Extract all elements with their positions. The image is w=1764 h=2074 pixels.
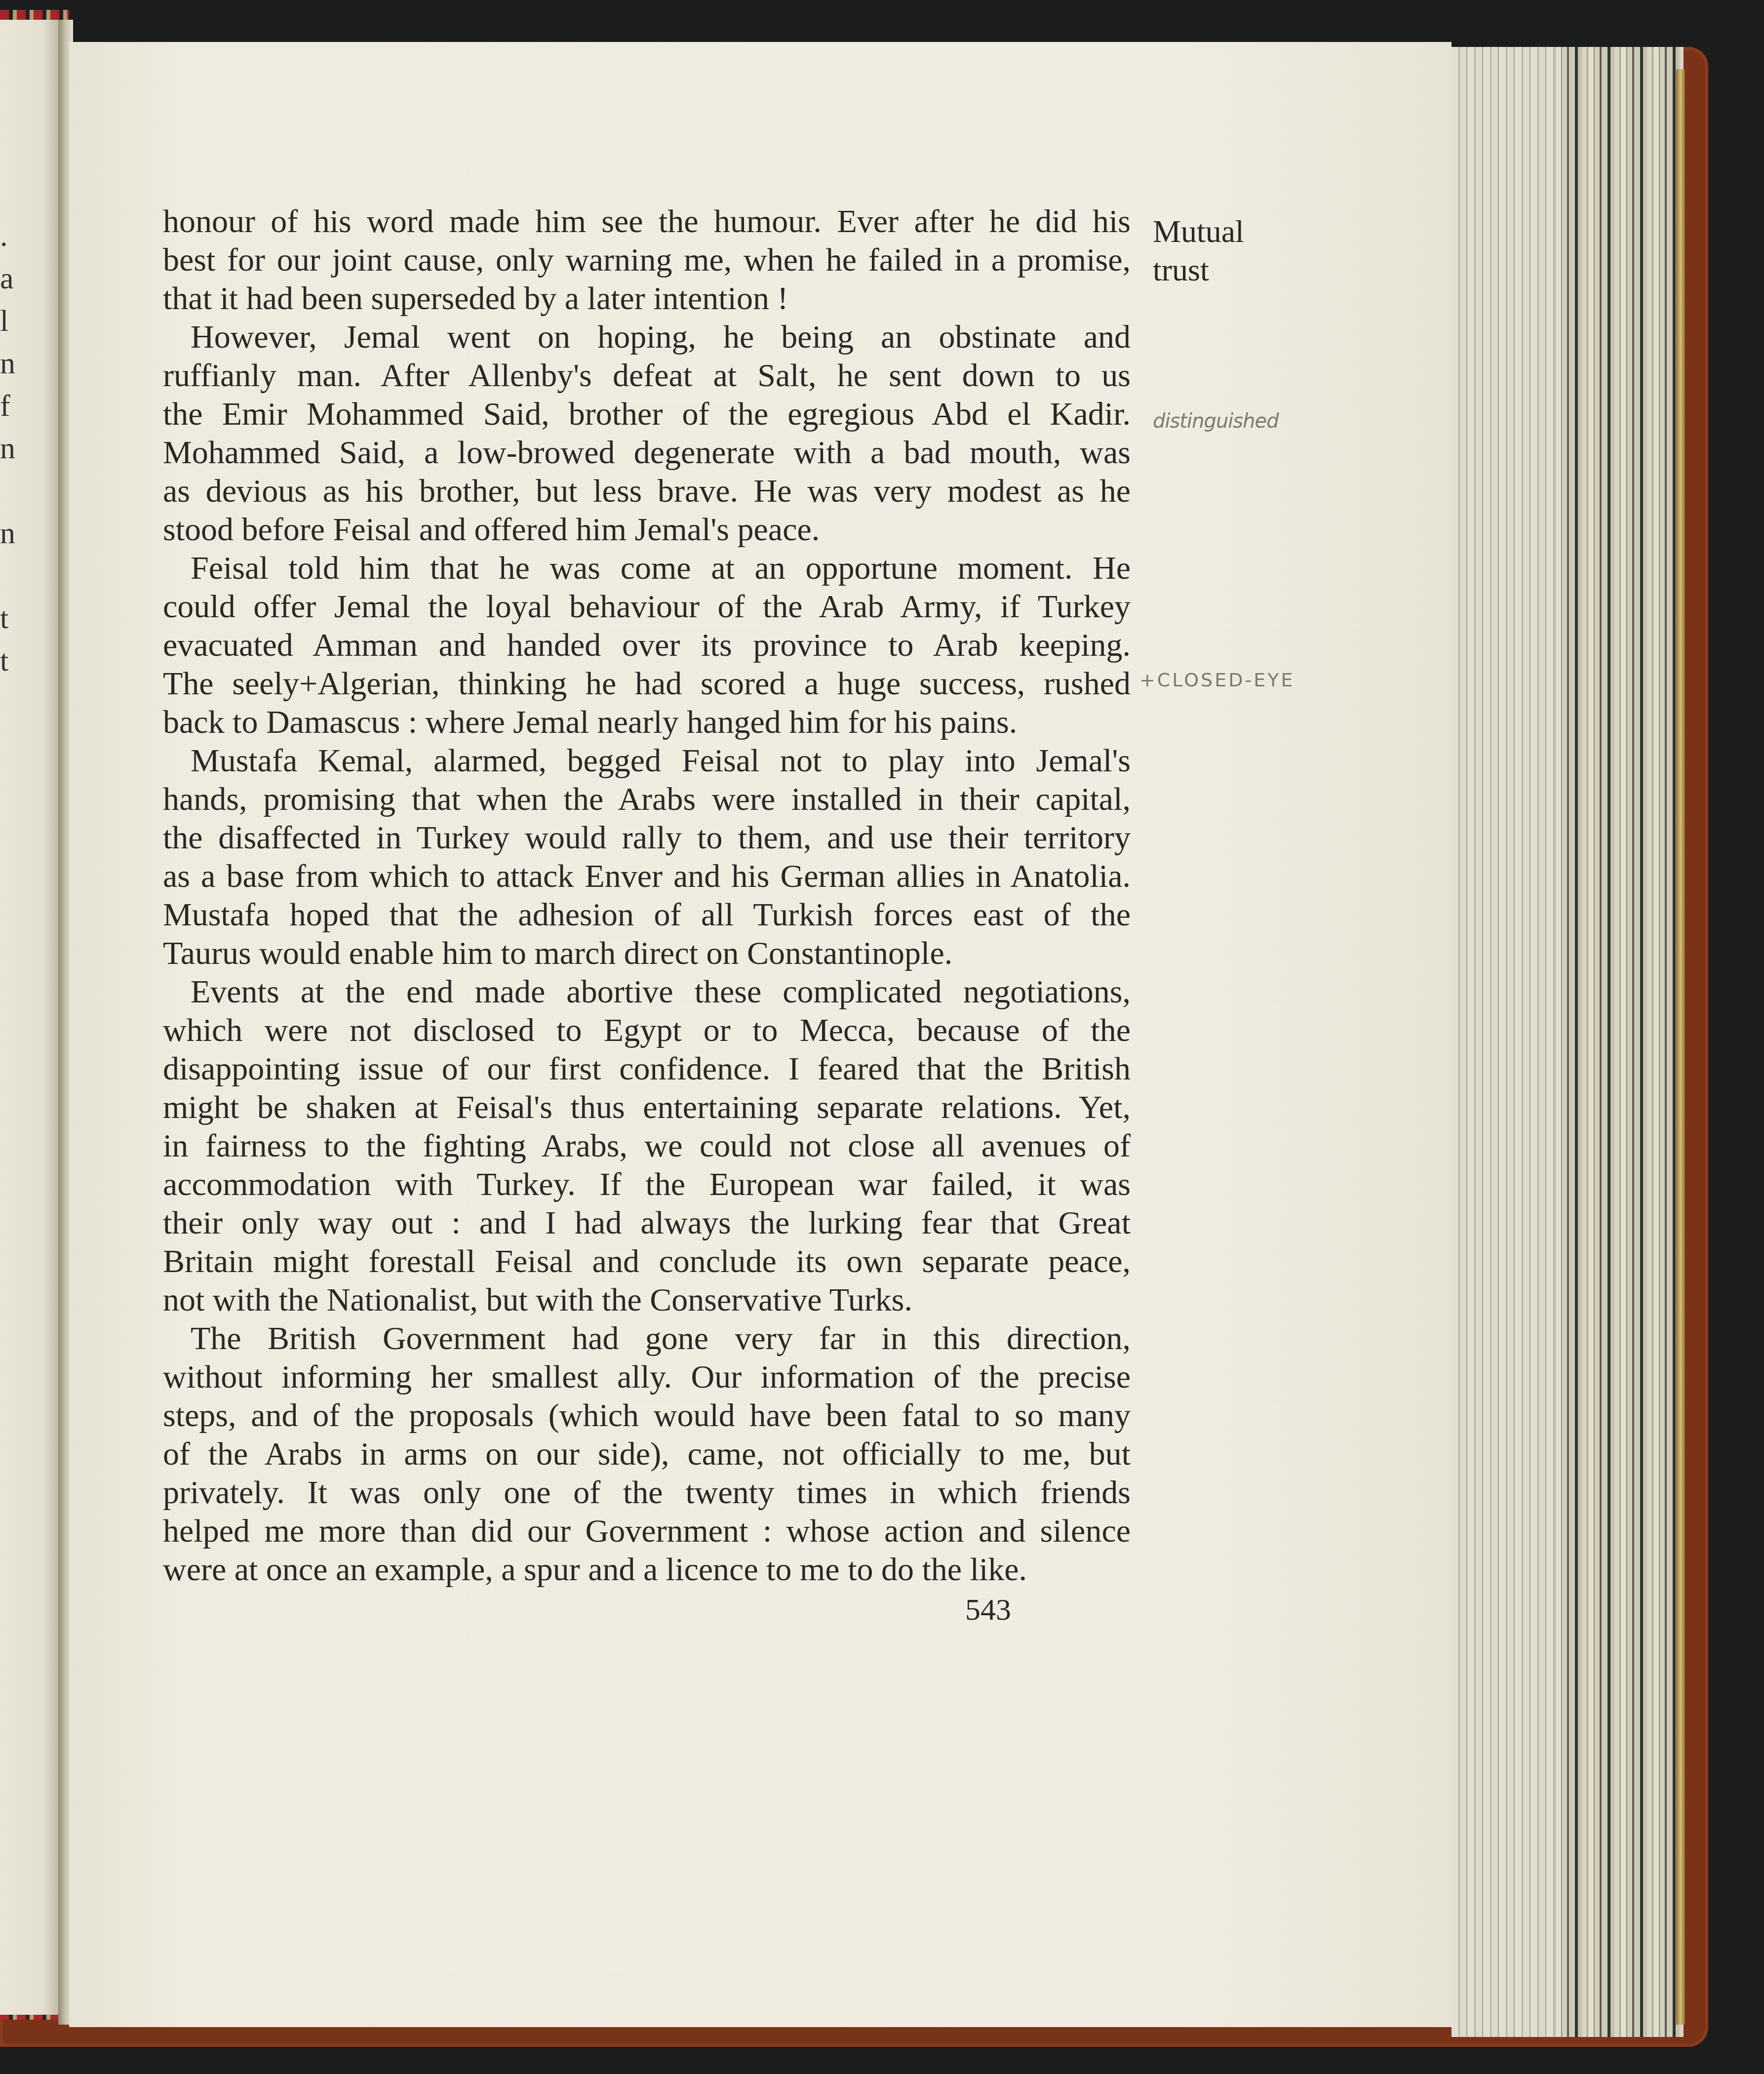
text-line: accommodation with Turkey. If the Europe… [163, 1165, 1131, 1204]
left-page-letter: a [0, 257, 15, 300]
text-line: honour of his word made him see the humo… [163, 202, 1131, 241]
text-line: the disaffected in Turkey would rally to… [163, 819, 1131, 857]
left-page-letter: l [0, 300, 15, 342]
text-line: Taurus would enable him to march direct … [163, 934, 1131, 973]
text-line: without informing her smallest ally. Our… [163, 1358, 1131, 1396]
text-line: privately. It was only one of the twenty… [163, 1474, 1131, 1512]
marginal-heading: Mutual trust [1153, 212, 1244, 289]
left-page-letter: f [0, 385, 15, 427]
text-line: Britain might forestall Feisal and concl… [163, 1242, 1131, 1281]
handwritten-annotation-closed-eye: +CLOSED-EYE [1139, 669, 1294, 691]
text-line: were at once an example, a spur and a li… [163, 1551, 1131, 1589]
text-line: as a base from which to attack Enver and… [163, 857, 1131, 896]
body-text: honour of his word made him see the humo… [163, 202, 1131, 1589]
left-page-letter: n [0, 512, 15, 555]
text-line: which were not disclosed to Egypt or to … [163, 1011, 1131, 1050]
gilt-edge [1676, 69, 1685, 2025]
text-line: disappointing issue of our first confide… [163, 1050, 1131, 1088]
left-page-edge: .alnfnntt [0, 20, 62, 2015]
left-page-letter [0, 555, 15, 597]
text-line: The seely+Algerian, thinking he had scor… [163, 665, 1131, 703]
text-line: could offer Jemal the loyal behaviour of… [163, 588, 1131, 626]
text-line: However, Jemal went on hoping, he being … [163, 318, 1131, 357]
left-page-letters: .alnfnntt [0, 215, 15, 682]
text-line: stood before Feisal and offered him Jema… [163, 511, 1131, 549]
text-line: might be shaken at Feisal's thus enterta… [163, 1088, 1131, 1127]
left-page-letter [0, 470, 15, 512]
text-line: of the Arabs in arms on our side), came,… [163, 1435, 1131, 1474]
left-page-letter: . [0, 215, 15, 257]
text-line: Events at the end made abortive these co… [163, 973, 1131, 1011]
text-line: the Emir Mohammed Said, brother of the e… [163, 395, 1131, 434]
page-edges [1451, 47, 1684, 2037]
text-line: evacuated Amman and handed over its prov… [163, 626, 1131, 665]
text-line: The British Government had gone very far… [163, 1319, 1131, 1358]
left-page-letter: t [0, 597, 15, 639]
marginal-heading-line-1: Mutual [1153, 212, 1244, 251]
text-line: back to Damascus : where Jemal nearly ha… [163, 703, 1131, 742]
text-line: hands, promising that when the Arabs wer… [163, 780, 1131, 819]
text-line: Mustafa Kemal, alarmed, begged Feisal no… [163, 742, 1131, 780]
text-line: that it had been superseded by a later i… [163, 279, 1131, 318]
text-line: steps, and of the proposals (which would… [163, 1396, 1131, 1435]
handwritten-annotation-distinguished: distinguished [1153, 410, 1279, 433]
text-line: Mustafa hoped that the adhesion of all T… [163, 896, 1131, 934]
text-line: in fairness to the fighting Arabs, we co… [163, 1127, 1131, 1165]
left-page-letter: t [0, 639, 15, 682]
text-line: as devious as his brother, but less brav… [163, 472, 1131, 511]
page-number: 543 [965, 1593, 1011, 1628]
text-line: not with the Nationalist, but with the C… [163, 1281, 1131, 1319]
text-line: helped me more than did our Government :… [163, 1512, 1131, 1551]
text-line: best for our joint cause, only warning m… [163, 241, 1131, 279]
marginal-heading-line-2: trust [1153, 251, 1244, 289]
text-line: Mohammed Said, a low-browed degenerate w… [163, 434, 1131, 472]
text-line: ruffianly man. After Allenby's defeat at… [163, 357, 1131, 395]
left-page-letter: n [0, 427, 15, 470]
text-line: Feisal told him that he was come at an o… [163, 549, 1131, 588]
text-line: their only way out : and I had always th… [163, 1204, 1131, 1242]
left-page-letter: n [0, 342, 15, 385]
